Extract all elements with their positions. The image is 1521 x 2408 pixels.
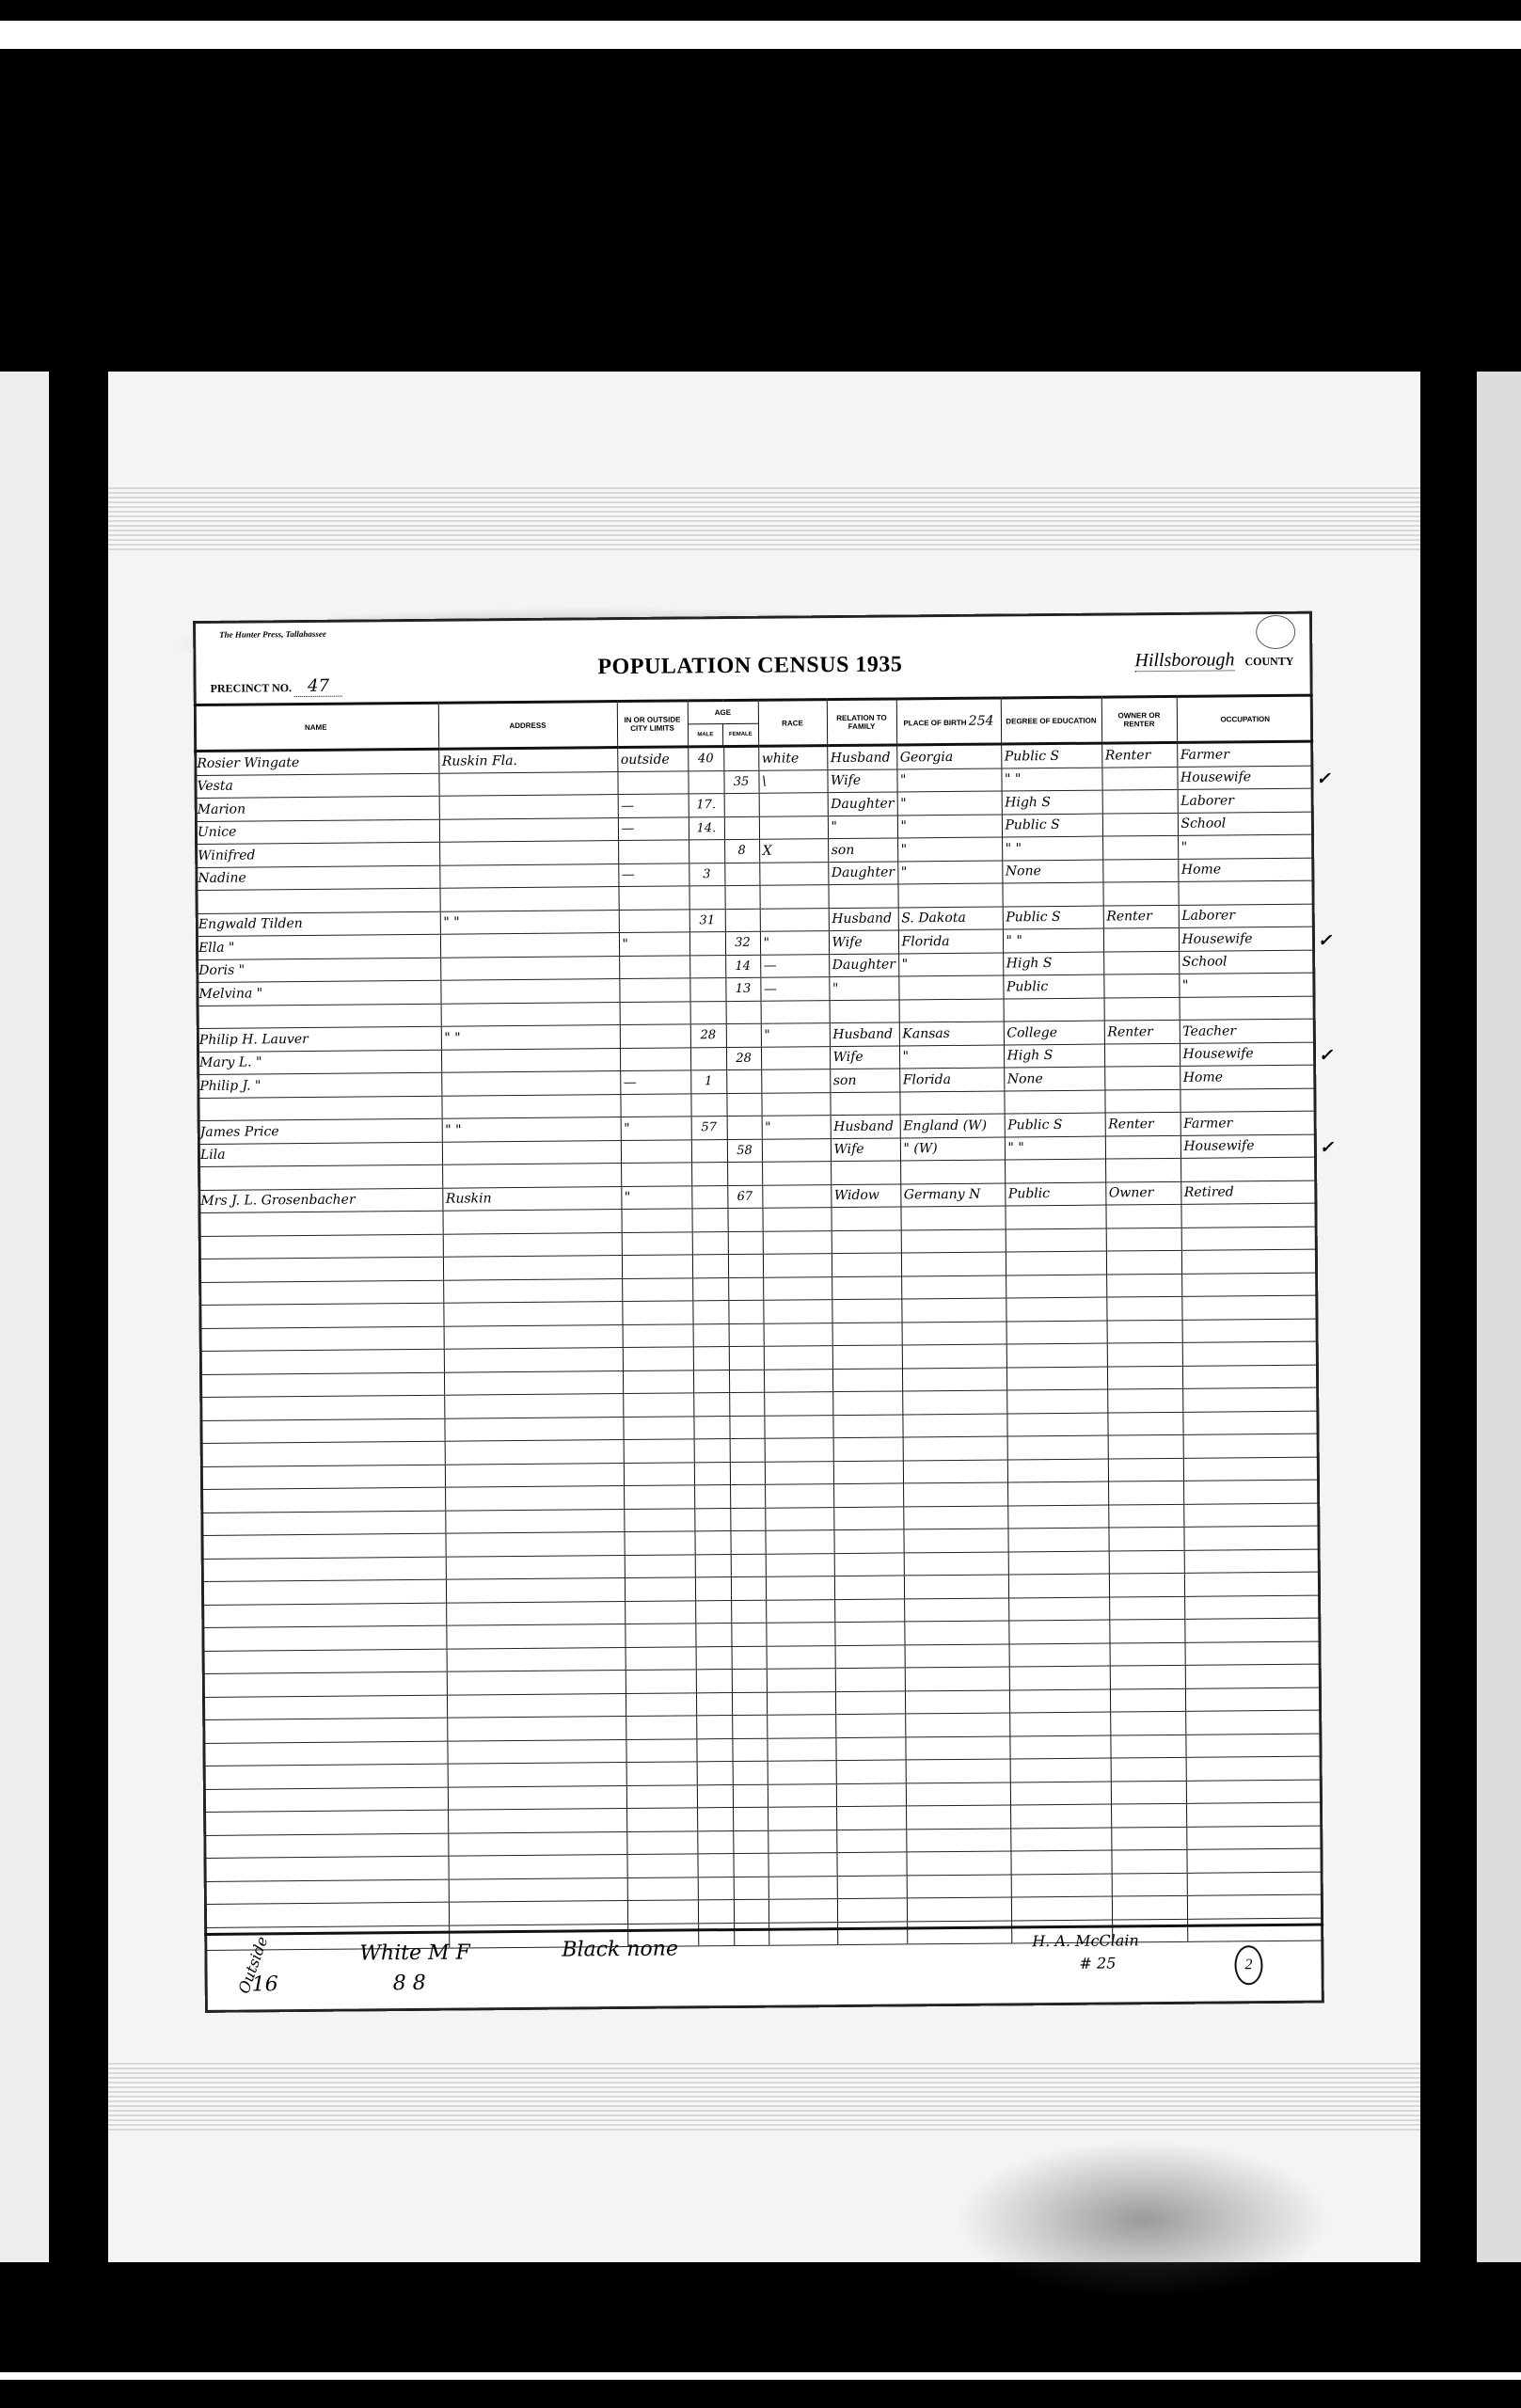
cell-blank: [204, 1879, 449, 1905]
check-mark-icon: ✓: [1316, 769, 1330, 789]
cell-race: [759, 816, 828, 839]
cell-address: [438, 771, 617, 796]
cell-blank: [1184, 1572, 1321, 1596]
cell-blank: [624, 1462, 694, 1485]
cell-blank: [693, 1323, 729, 1347]
precinct-field: PRECINCT NO. 47: [211, 676, 343, 697]
cell-blank: [836, 1806, 906, 1830]
cell-female: [724, 816, 759, 840]
cell-race: white: [758, 746, 827, 770]
cell-blank: [202, 1741, 447, 1766]
cell-city: outside: [617, 747, 688, 771]
cell-blank: [731, 1576, 766, 1600]
cell-blank: [1006, 1297, 1106, 1321]
cell-address: Ruskin: [442, 1186, 621, 1211]
cell-address: " ": [442, 1117, 621, 1142]
precinct-value: 47: [294, 676, 342, 697]
cell-blank: [732, 1646, 767, 1670]
cell-blank: [832, 1322, 902, 1345]
cell-blank: [448, 1785, 626, 1810]
cell-blank: [768, 1783, 836, 1807]
cell-blank: [443, 1232, 622, 1257]
cell-blank: [1106, 1274, 1181, 1297]
cell-blank: [1006, 1275, 1106, 1298]
cell-blank: [1008, 1551, 1109, 1575]
cell-blank: [833, 1460, 903, 1483]
cell-occupation: Farmer: [1177, 741, 1313, 767]
white-counts: 8 8: [393, 1972, 426, 1995]
film-edge-top: [0, 21, 1521, 49]
cell-blank: [1187, 1894, 1323, 1919]
cell-blank: [1011, 1874, 1112, 1897]
cell-city: ": [621, 1117, 691, 1140]
cell-male: 57: [691, 1117, 727, 1140]
cell-blank: [1006, 1343, 1107, 1367]
cell-blank: [199, 1326, 444, 1352]
cell-blank: [733, 1853, 768, 1877]
cell-blank: [624, 1485, 694, 1509]
cell-blank: [625, 1624, 695, 1647]
cell-blank: [835, 1690, 905, 1714]
cell-blank: [1105, 1204, 1180, 1228]
cell-blank: [1008, 1574, 1109, 1597]
cell-blank: [625, 1600, 695, 1624]
cell-blank: [1110, 1665, 1185, 1688]
cell-blank: [626, 1762, 697, 1785]
cell-blank: [202, 1671, 447, 1697]
cell-blank: [1109, 1573, 1184, 1596]
cell-male: [691, 1139, 727, 1163]
cell-blank: [766, 1599, 834, 1623]
cell-blank: [626, 1784, 697, 1808]
cell-address: [439, 887, 618, 911]
cell-blank: [621, 1209, 691, 1232]
cell-blank: [625, 1577, 695, 1601]
cell-blank: [623, 1370, 693, 1393]
cell-blank: [1111, 1781, 1186, 1804]
cell-blank: [1108, 1434, 1183, 1458]
cell-blank: [626, 1646, 696, 1670]
cell-blank: [766, 1553, 834, 1576]
cell-blank: [1005, 1205, 1105, 1228]
cell-male: [691, 1163, 727, 1186]
cell-male: [690, 1047, 726, 1070]
cell-birthplace: S. Dakota: [898, 907, 1003, 930]
cell-blank: [200, 1465, 445, 1490]
cell-blank: [697, 1808, 733, 1831]
cell-blank: [833, 1483, 903, 1507]
stamp-circle: [1256, 615, 1295, 649]
cell-male: [691, 1185, 727, 1209]
county-label: COUNTY: [1244, 655, 1293, 668]
cell-occupation: Farmer: [1180, 1111, 1317, 1135]
cell-blank: [1187, 1872, 1323, 1896]
cell-birthplace: Florida: [898, 929, 1003, 953]
cell-blank: [1185, 1710, 1322, 1735]
cell-birthplace: [899, 1090, 1004, 1114]
cell-blank: [626, 1854, 697, 1877]
page-number: 2: [1244, 1956, 1252, 1973]
cell-blank: [903, 1459, 1007, 1482]
cell-relation: ": [829, 976, 898, 1000]
col-city-limits: In or Outside City Limits: [617, 701, 688, 748]
cell-blank: [765, 1530, 833, 1554]
cell-blank: [697, 1830, 733, 1854]
cell-name: Mary L. ": [197, 1050, 441, 1075]
cell-education: College: [1004, 1021, 1104, 1044]
cell-blank: [1186, 1826, 1323, 1850]
cell-blank: [1181, 1249, 1318, 1274]
cell-owner: [1104, 1089, 1180, 1113]
cell-blank: [447, 1647, 626, 1671]
cell-blank: [729, 1392, 764, 1416]
cell-city: [620, 1024, 690, 1048]
cell-male: 3: [689, 863, 724, 886]
cell-name: Lila: [198, 1142, 442, 1167]
cell-female: [724, 863, 759, 886]
cell-blank: [832, 1253, 901, 1276]
cell-blank: [1009, 1643, 1110, 1667]
cell-blank: [1008, 1597, 1109, 1621]
cell-blank: [767, 1669, 835, 1692]
cell-blank: [1109, 1619, 1184, 1642]
cell-blank: [765, 1461, 833, 1484]
cell-blank: [198, 1303, 443, 1328]
cell-city: ": [619, 932, 689, 956]
cell-blank: [907, 1874, 1011, 1897]
cell-blank: [1007, 1459, 1108, 1482]
cell-relation: son: [830, 1069, 899, 1092]
cell-occupation: [1180, 1088, 1316, 1113]
cell-blank: [694, 1485, 730, 1509]
cell-blank: [765, 1438, 833, 1462]
cell-city: [619, 909, 689, 932]
cell-city: [617, 770, 688, 794]
enumerator-number: # 25: [1079, 1954, 1116, 1972]
white-label: White M F: [359, 1941, 470, 1965]
cell-blank: [626, 1808, 697, 1831]
cell-blank: [836, 1782, 906, 1806]
cell-blank: [693, 1370, 729, 1393]
cell-blank: [198, 1257, 443, 1282]
cell-address: [442, 1164, 621, 1188]
census-sheet: The Hunter Press, Tallahassee PRECINCT N…: [193, 611, 1324, 2013]
cell-blank: [626, 1692, 696, 1716]
cell-city: [618, 840, 689, 863]
cell-blank: [1107, 1320, 1182, 1343]
cell-blank: [199, 1372, 444, 1398]
cell-blank: [1183, 1434, 1320, 1458]
cell-blank: [694, 1531, 730, 1555]
cell-occupation: Housewife✓: [1180, 1134, 1317, 1159]
cell-race: [762, 1138, 831, 1162]
cell-female: 13: [725, 977, 760, 1001]
cell-blank: [728, 1231, 763, 1255]
cell-blank: [906, 1782, 1010, 1805]
cell-race: [761, 1000, 830, 1023]
cell-female: [726, 1023, 761, 1047]
cell-blank: [768, 1853, 836, 1877]
cell-blank: [626, 1738, 696, 1762]
cell-race: [761, 1046, 830, 1069]
cell-race: [761, 1069, 830, 1093]
cell-relation: Widow: [831, 1183, 900, 1207]
cell-blank: [695, 1600, 731, 1624]
cell-owner: [1105, 1158, 1180, 1181]
cell-blank: [1181, 1295, 1318, 1320]
cell-relation: [830, 999, 899, 1022]
cell-city: —: [618, 863, 689, 886]
cell-race: [762, 1184, 831, 1208]
cell-relation: [830, 1091, 899, 1115]
cell-blank: [1181, 1227, 1318, 1251]
cell-name: Philip H. Lauver: [197, 1026, 441, 1052]
cell-owner: [1102, 881, 1178, 905]
cell-relation: Wife: [827, 768, 896, 792]
cell-blank: [445, 1509, 624, 1533]
cell-blank: [1109, 1596, 1184, 1620]
cell-blank: [444, 1394, 623, 1418]
cell-blank: [1006, 1413, 1107, 1436]
cell-blank: [627, 1877, 698, 1900]
cell-blank: [624, 1439, 694, 1463]
cell-name: Nadine: [195, 865, 439, 891]
cell-blank: [730, 1484, 765, 1508]
cell-occupation: Housewife✓: [1180, 1042, 1316, 1067]
cell-blank: [448, 1831, 626, 1856]
cell-blank: [203, 1833, 448, 1859]
cell-blank: [622, 1231, 692, 1255]
cell-male: [689, 932, 725, 956]
cell-blank: [1183, 1480, 1320, 1504]
cell-blank: [199, 1395, 444, 1420]
cell-male: [689, 840, 724, 863]
cell-blank: [1010, 1828, 1111, 1851]
cell-female: [726, 1069, 761, 1093]
cell-blank: [731, 1600, 766, 1624]
cell-address: [441, 1002, 620, 1026]
cell-blank: [626, 1670, 696, 1693]
cell-blank: [1182, 1365, 1319, 1389]
cell-male: [690, 1093, 726, 1117]
cell-blank: [696, 1646, 732, 1670]
cell-occupation: Retired: [1180, 1180, 1317, 1205]
cell-blank: [1110, 1735, 1185, 1758]
film-edge-bottom: [0, 2372, 1521, 2380]
cell-blank: [732, 1669, 767, 1692]
col-owner: Owner or Renter: [1101, 696, 1177, 743]
cell-blank: [1186, 1802, 1323, 1827]
cell-blank: [449, 1901, 627, 1925]
cell-education: " ": [1003, 928, 1103, 952]
cell-blank: [905, 1713, 1009, 1736]
cell-education: Public S: [1003, 906, 1103, 929]
cell-blank: [1106, 1250, 1181, 1274]
cell-blank: [902, 1321, 1006, 1344]
cell-blank: [833, 1437, 903, 1461]
cell-blank: [1186, 1756, 1323, 1781]
cell-name: Vesta: [194, 773, 438, 799]
cell-address: [441, 1071, 620, 1096]
adjacent-frame-left: [0, 372, 49, 2262]
cell-blank: [1006, 1367, 1107, 1390]
cell-blank: [448, 1809, 626, 1833]
cell-address: [442, 1140, 621, 1164]
col-education: Degree of Education: [1001, 697, 1101, 744]
cell-blank: [836, 1760, 906, 1783]
page-number-circle: 2: [1234, 1945, 1262, 1985]
cell-relation: Daughter: [828, 792, 897, 816]
cell-female: 35: [723, 770, 758, 794]
cell-relation: son: [828, 838, 897, 862]
cell-birthplace: Florida: [899, 1068, 1004, 1091]
cell-blank: [203, 1856, 448, 1881]
cell-blank: [1182, 1319, 1319, 1343]
cell-name: [197, 1096, 441, 1121]
cell-address: [440, 979, 619, 1004]
cell-blank: [692, 1231, 728, 1255]
enumerator-name: H. A. McClain: [1032, 1931, 1139, 1950]
cell-city: —: [620, 1070, 690, 1094]
cell-blank: [445, 1463, 624, 1487]
cell-blank: [1111, 1827, 1186, 1850]
cell-education: Public S: [1002, 814, 1102, 837]
cell-blank: [445, 1440, 624, 1465]
cell-blank: [1009, 1735, 1110, 1759]
census-body: Rosier WingateRuskin Fla.outside40whiteH…: [194, 741, 1323, 1950]
cell-blank: [767, 1737, 835, 1761]
check-mark-icon: ✓: [1319, 1046, 1333, 1066]
cell-blank: [623, 1347, 693, 1370]
cell-blank: [444, 1417, 623, 1441]
cell-blank: [623, 1323, 693, 1347]
cell-blank: [1010, 1804, 1111, 1828]
cell-city: [619, 978, 689, 1002]
cell-blank: [445, 1486, 624, 1511]
cell-blank: [1010, 1850, 1111, 1874]
cell-blank: [1182, 1341, 1319, 1366]
cell-male: [688, 770, 723, 794]
cell-relation: Wife: [829, 930, 898, 954]
cell-name: Mrs J. L. Grosenbacher: [198, 1188, 442, 1213]
cell-blank: [1007, 1528, 1108, 1551]
cell-race: [759, 793, 828, 816]
cell-blank: [767, 1645, 835, 1669]
cell-name: Ella ": [196, 934, 440, 959]
cell-blank: [835, 1714, 905, 1737]
cell-blank: [198, 1211, 442, 1236]
cell-blank: [443, 1256, 622, 1280]
cell-owner: [1103, 974, 1179, 997]
cell-education: High S: [1004, 1044, 1104, 1068]
cell-occupation: Housewife✓: [1177, 766, 1313, 790]
cell-blank: [832, 1345, 902, 1369]
cell-occupation: Teacher: [1180, 1019, 1316, 1043]
cell-blank: [764, 1392, 832, 1416]
cell-relation: [831, 1161, 900, 1184]
cell-city: —: [618, 794, 689, 817]
cell-blank: [201, 1557, 446, 1582]
cell-blank: [204, 1902, 449, 1927]
cell-female: 28: [726, 1047, 761, 1070]
cell-blank: [202, 1649, 447, 1674]
cell-blank: [906, 1805, 1010, 1829]
cell-relation: [828, 884, 897, 908]
cell-blank: [733, 1784, 768, 1808]
cell-blank: [199, 1349, 444, 1374]
cell-blank: [835, 1736, 905, 1760]
cell-blank: [835, 1668, 905, 1691]
cell-blank: [733, 1807, 768, 1830]
cell-education: " ": [1001, 768, 1101, 791]
cell-blank: [734, 1877, 768, 1900]
cell-blank: [1184, 1618, 1321, 1642]
cell-blank: [692, 1255, 728, 1278]
cell-blank: [448, 1855, 626, 1879]
cell-relation: Husband: [830, 1022, 899, 1046]
cell-blank: [692, 1301, 728, 1324]
cell-occupation: [1180, 1157, 1317, 1181]
county-value: Hillsborough: [1134, 649, 1234, 672]
cell-blank: [768, 1807, 836, 1830]
cell-blank: [1006, 1228, 1106, 1252]
cell-blank: [1184, 1549, 1321, 1574]
cell-blank: [729, 1370, 764, 1393]
cell-education: High S: [1003, 952, 1103, 975]
cell-blank: [767, 1691, 835, 1715]
cell-race: [760, 908, 829, 931]
cell-male: 40: [688, 747, 723, 771]
cell-blank: [622, 1277, 692, 1301]
cell-blank: [693, 1393, 729, 1417]
cell-blank: [201, 1625, 446, 1651]
cell-birthplace: [899, 998, 1004, 1022]
cell-blank: [198, 1234, 443, 1259]
cell-name: Rosier Wingate: [194, 749, 438, 775]
cell-birthplace: [900, 1160, 1005, 1183]
cell-blank: [1107, 1412, 1182, 1435]
cell-blank: [698, 1900, 734, 1924]
cell-blank: [763, 1254, 832, 1277]
cell-female: [724, 885, 759, 909]
cell-blank: [768, 1830, 836, 1853]
cell-relation: Daughter: [829, 953, 898, 976]
cell-blank: [447, 1717, 626, 1741]
cell-blank: [730, 1508, 765, 1531]
cell-name: Unice: [195, 819, 439, 845]
cell-blank: [446, 1624, 625, 1649]
cell-occupation: ": [1179, 973, 1315, 997]
cell-education: [1004, 998, 1104, 1022]
cell-birthplace: Georgia: [896, 744, 1001, 768]
cell-owner: Renter: [1105, 1112, 1180, 1135]
cell-city: —: [618, 816, 689, 840]
cell-blank: [695, 1624, 731, 1647]
cell-blank: [203, 1810, 448, 1835]
cell-male: [689, 978, 725, 1002]
cell-female: [726, 1001, 761, 1024]
cell-blank: [201, 1579, 446, 1605]
cell-blank: [1110, 1642, 1185, 1666]
cell-blank: [831, 1207, 900, 1230]
cell-blank: [696, 1670, 732, 1693]
cell-blank: [696, 1692, 732, 1716]
publisher-imprint: The Hunter Press, Tallahassee: [219, 629, 326, 640]
cell-race: ": [761, 1023, 830, 1047]
cell-blank: [1111, 1757, 1186, 1781]
cell-blank: [900, 1206, 1005, 1229]
cell-city: [621, 1139, 691, 1163]
